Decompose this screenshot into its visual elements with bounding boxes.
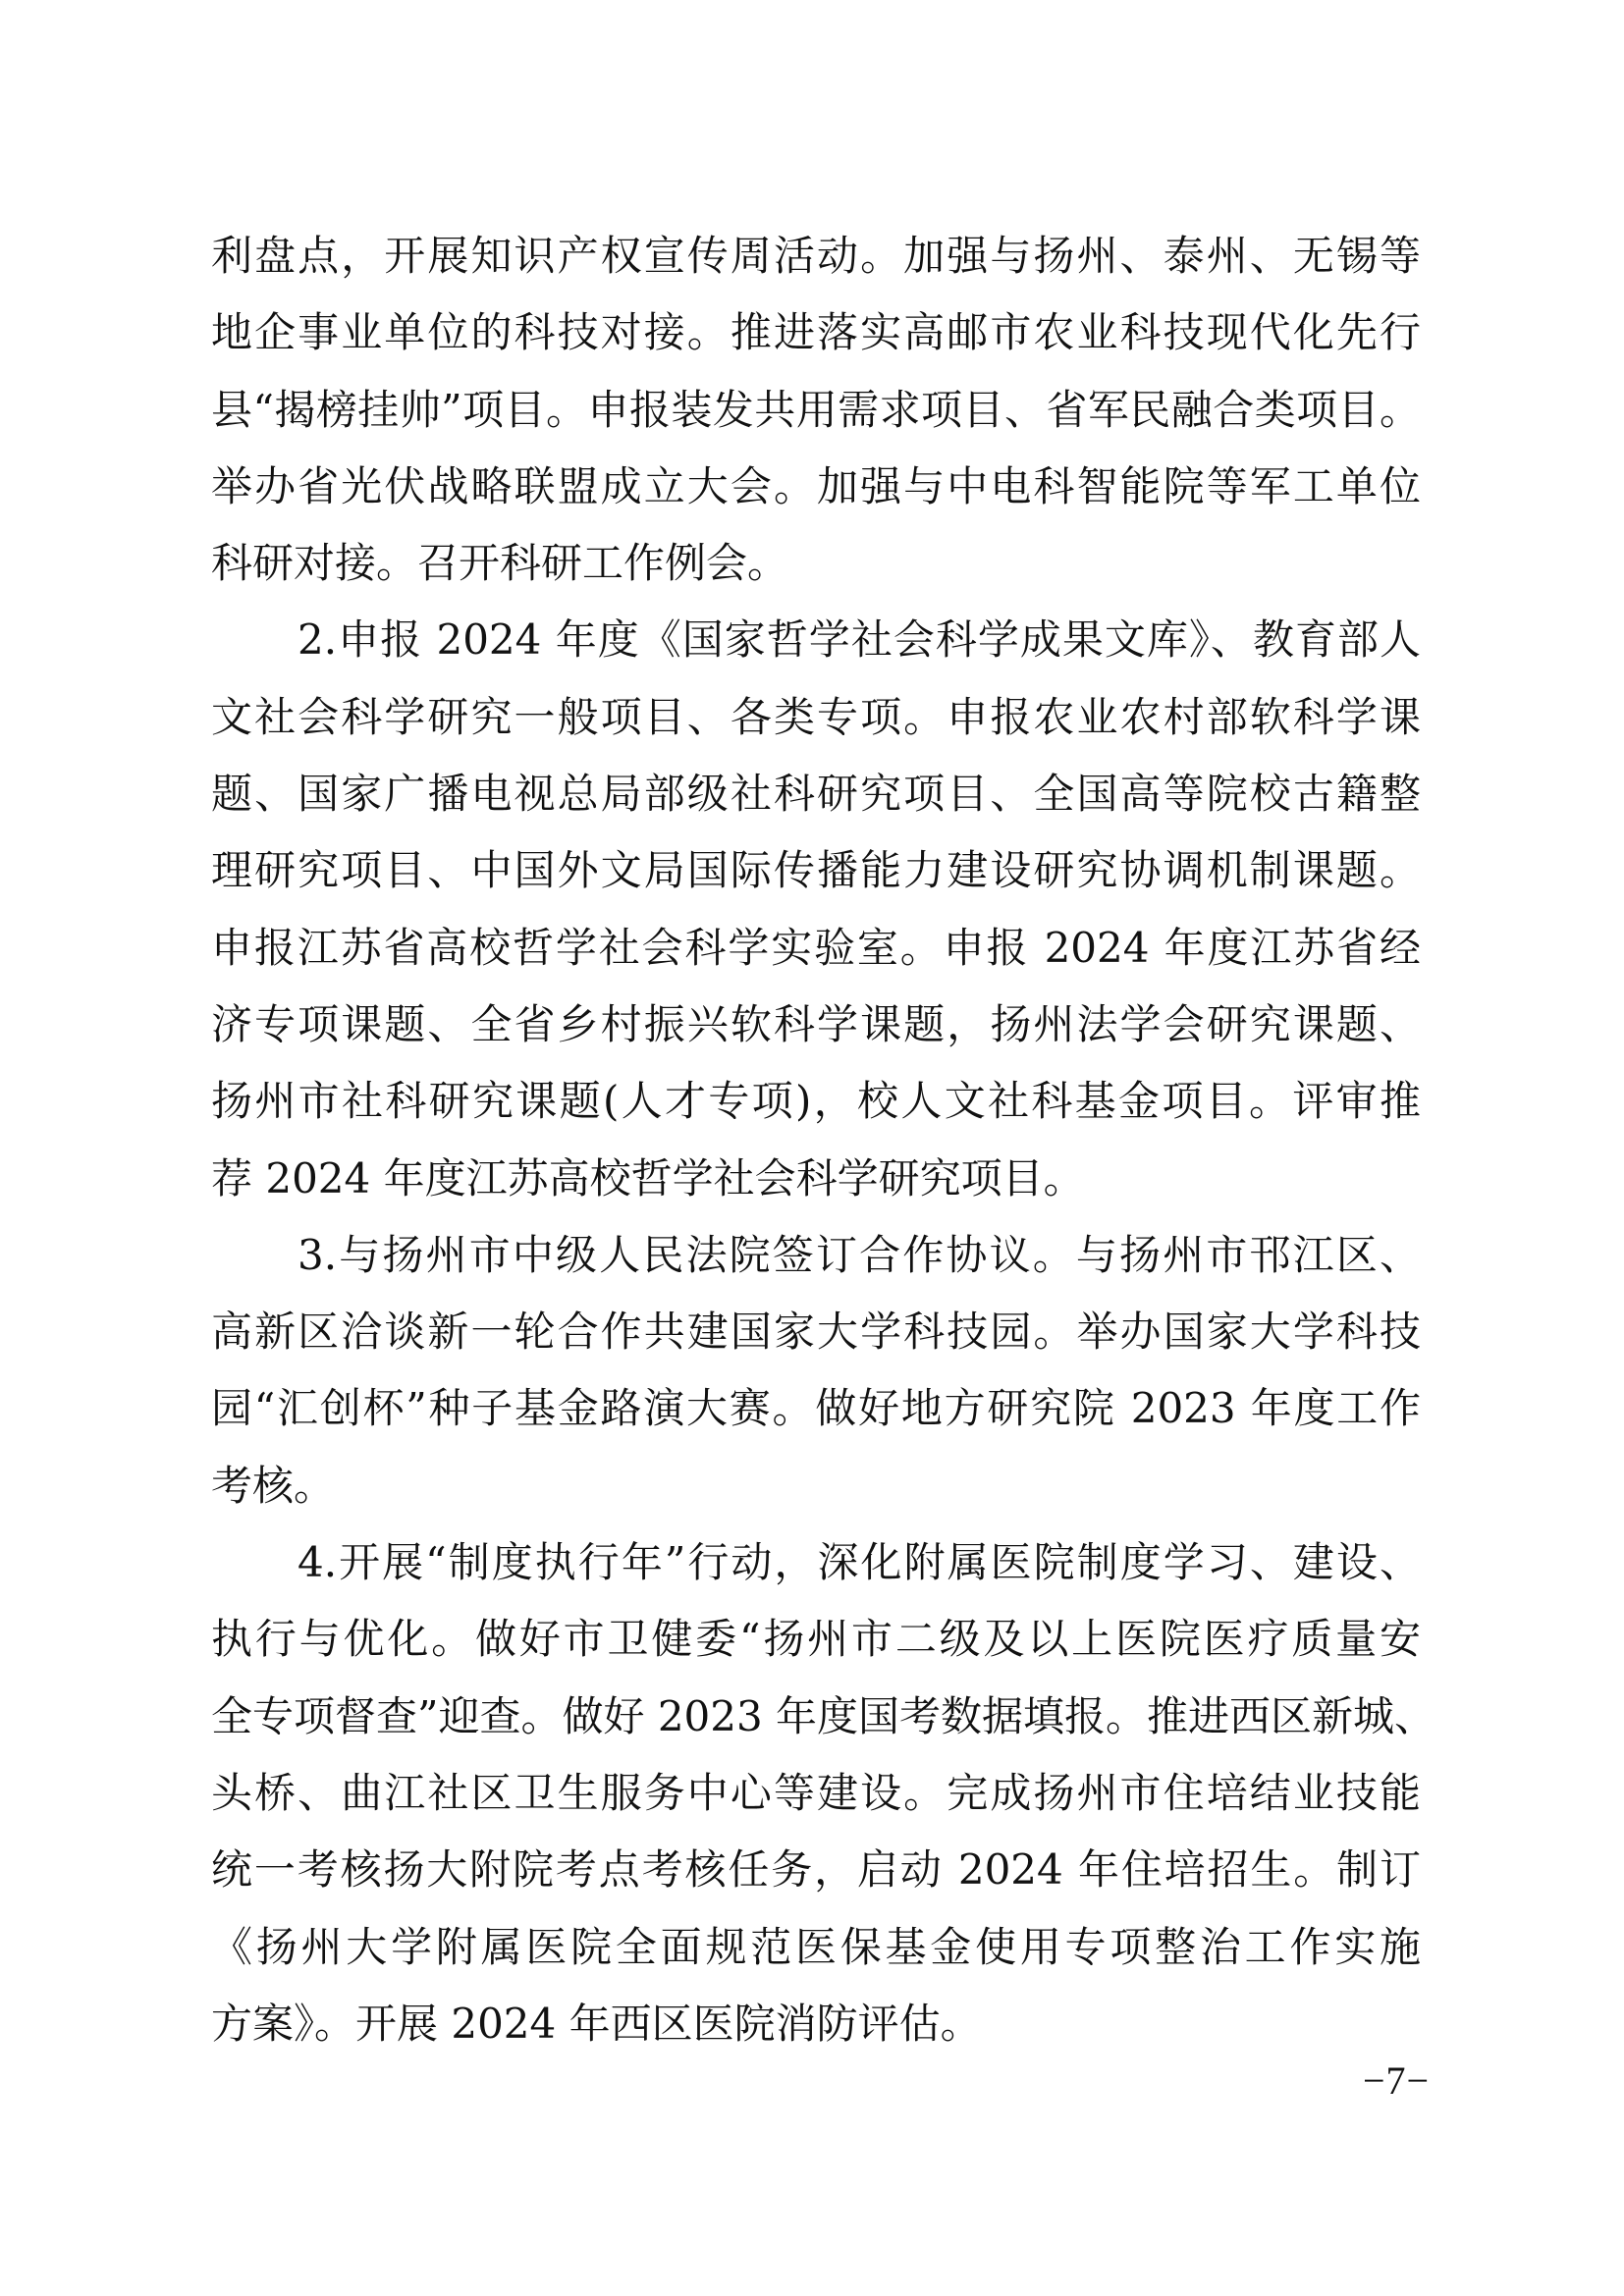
text-line: 4.开展“制度执行年”行动，深化附属医院制度学习、建设、 [211,1524,1421,1601]
text-line: 科研对接。召开科研工作例会。 [211,525,1421,602]
text-line: 文社会科学研究一般项目、各类专项。申报农业农村部软科学课 [211,679,1421,756]
document-page: 利盘点，开展知识产权宣传周活动。加强与扬州、泰州、无锡等 地企事业单位的科技对接… [0,0,1624,2296]
paragraph-2: 2.申报 2024 年度《国家哲学社会科学成果文库》、教育部人 文社会科学研究一… [211,602,1421,1216]
text-line: 扬州市社科研究课题(人才专项)，校人文社科基金项目。评审推 [211,1063,1421,1140]
text-line: 方案》。开展 2024 年西区医院消防评估。 [211,1986,1421,2062]
text-line: 头桥、曲江社区卫生服务中心等建设。完成扬州市住培结业技能 [211,1755,1421,1832]
text-line: 执行与优化。做好市卫健委“扬州市二级及以上医院医疗质量安 [211,1601,1421,1678]
text-line: 题、国家广播电视总局部级社科研究项目、全国高等院校古籍整 [211,756,1421,832]
text-line: 全专项督查”迎查。做好 2023 年度国考数据填报。推进西区新城、 [211,1679,1421,1755]
paragraph-4: 4.开展“制度执行年”行动，深化附属医院制度学习、建设、 执行与优化。做好市卫健… [211,1524,1421,2062]
text-line: 高新区洽谈新一轮合作共建国家大学科技园。举办国家大学科技 [211,1294,1421,1370]
text-line: 统一考核扬大附院考点考核任务，启动 2024 年住培招生。制订 [211,1832,1421,1908]
text-line: 《扬州大学附属医院全面规范医保基金使用专项整治工作实施 [211,1909,1421,1986]
paragraph-1: 利盘点，开展知识产权宣传周活动。加强与扬州、泰州、无锡等 地企事业单位的科技对接… [211,218,1421,602]
text-line: 县“揭榜挂帅”项目。申报装发共用需求项目、省军民融合类项目。 [211,372,1421,449]
text-line: 地企事业单位的科技对接。推进落实高邮市农业科技现代化先行 [211,294,1421,371]
text-line: 利盘点，开展知识产权宣传周活动。加强与扬州、泰州、无锡等 [211,218,1421,294]
text-line: 考核。 [211,1448,1421,1524]
text-line: 3.与扬州市中级人民法院签订合作协议。与扬州市邗江区、 [211,1217,1421,1294]
text-line: 申报江苏省高校哲学社会科学实验室。申报 2024 年度江苏省经 [211,910,1421,987]
paragraph-3: 3.与扬州市中级人民法院签订合作协议。与扬州市邗江区、 高新区洽谈新一轮合作共建… [211,1217,1421,1524]
text-line: 济专项课题、全省乡村振兴软科学课题，扬州法学会研究课题、 [211,987,1421,1063]
body-text: 利盘点，开展知识产权宣传周活动。加强与扬州、泰州、无锡等 地企事业单位的科技对接… [211,218,1421,2062]
text-line: 举办省光伏战略联盟成立大会。加强与中电科智能院等军工单位 [211,449,1421,525]
page-number: −7− [1363,2057,1430,2104]
text-line: 园“汇创杯”种子基金路演大赛。做好地方研究院 2023 年度工作 [211,1370,1421,1447]
text-line: 荐 2024 年度江苏高校哲学社会科学研究项目。 [211,1141,1421,1217]
text-line: 2.申报 2024 年度《国家哲学社会科学成果文库》、教育部人 [211,602,1421,678]
text-line: 理研究项目、中国外文局国际传播能力建设研究协调机制课题。 [211,832,1421,909]
